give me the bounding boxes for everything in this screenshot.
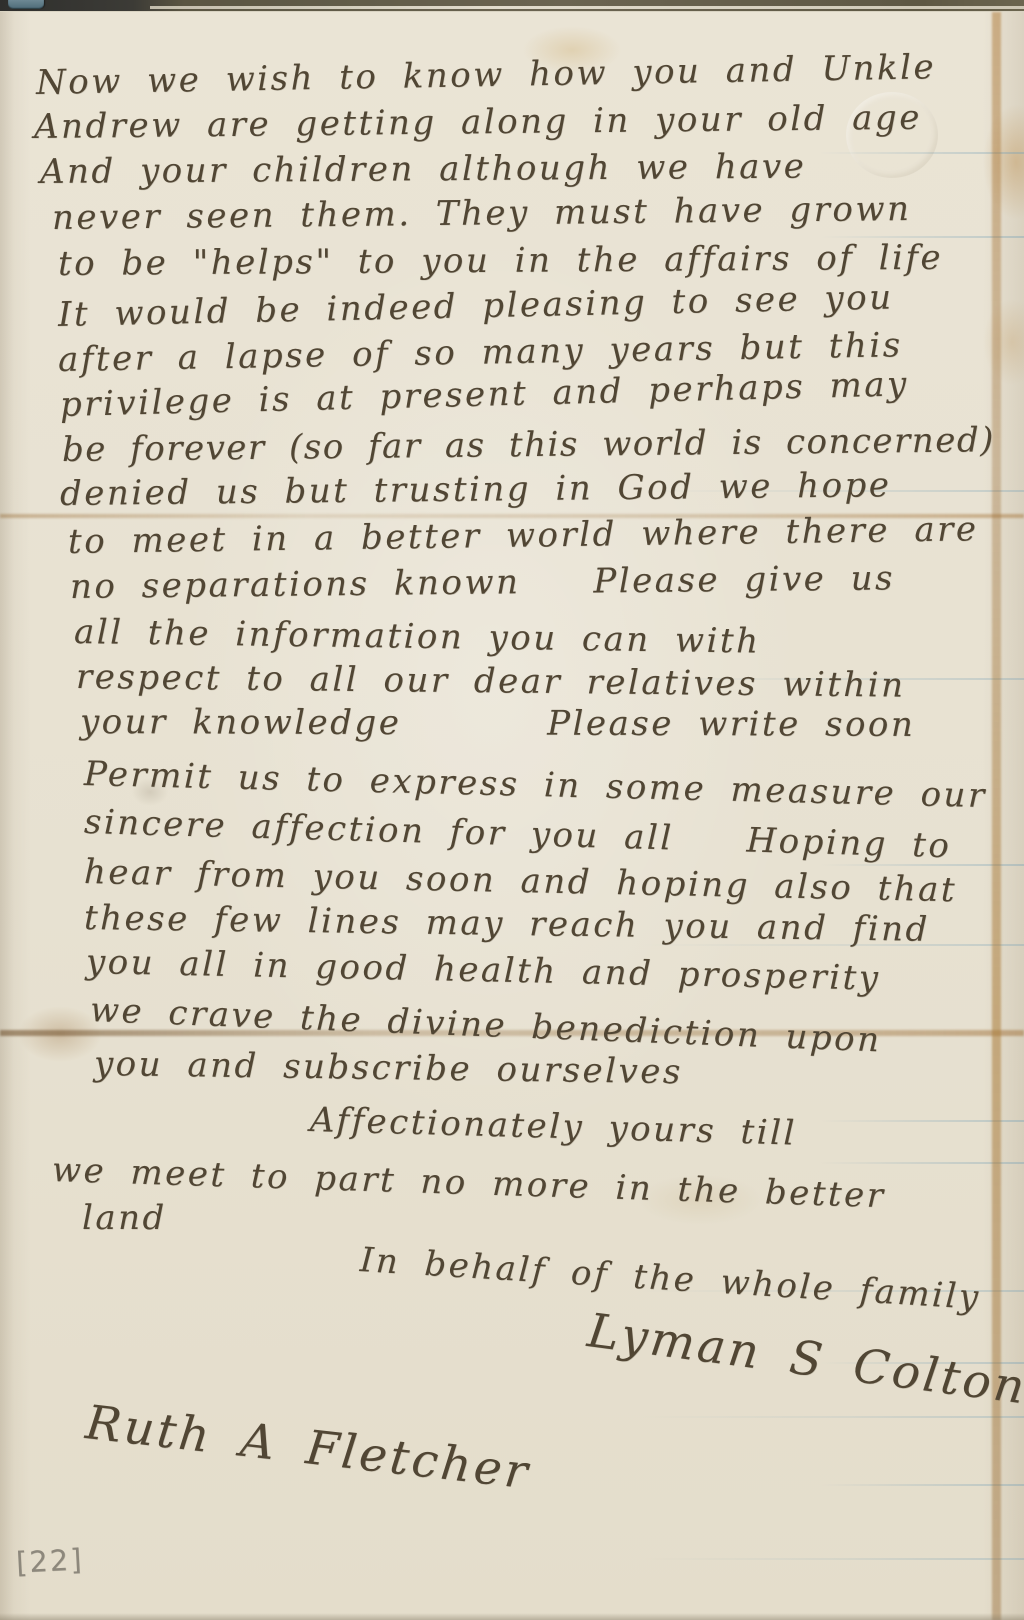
letter-line: you and subscribe ourselves: [94, 1045, 683, 1091]
letter-line: all the information you can with: [74, 613, 761, 661]
letter-line: Affectionately yours till: [309, 1101, 797, 1153]
letter-line: respect to all our dear relatives within: [76, 658, 906, 705]
scan-bottom-edge: [0, 1613, 1024, 1620]
letter-line: denied us but trusting in God we hope: [60, 466, 892, 513]
ruled-line: [640, 1416, 1024, 1418]
letter-line: no separations known Please give us: [70, 559, 895, 606]
letter-line: In behalf of the whole family: [359, 1241, 982, 1317]
scan-top-edge: [0, 0, 1024, 11]
letter-line: your knowledge Please write soon: [80, 703, 915, 744]
page-number-annotation: [22]: [15, 1542, 84, 1579]
letter-line: Now we wish to know how you and Unkle: [36, 48, 937, 102]
letter-scan: Now we wish to know how you and Unkle An…: [0, 0, 1024, 1620]
letter-line: Andrew are getting along in your old age: [34, 99, 922, 146]
letter-line: land: [82, 1199, 167, 1237]
letter-line: you all in good health and prosperity: [86, 943, 881, 998]
letter-line: never seen them. They must have grown: [52, 190, 912, 237]
letter-line: It would be indeed pleasing to see you: [58, 279, 894, 334]
binder-clip: [8, 0, 44, 9]
page-left-shade: [0, 12, 14, 1620]
letter-line: And your children although we have: [40, 148, 807, 191]
letter-line: we meet to part no more in the better: [51, 1151, 886, 1215]
signature-lyman-s-colton: Lyman S Colton: [586, 1312, 1024, 1407]
letter-line: be forever (so far as this world is conc…: [62, 421, 995, 469]
paper-top-edge-highlight: [150, 6, 1024, 9]
letter-page: Now we wish to know how you and Unkle An…: [0, 11, 1024, 1620]
signature-ruth-a-fletcher: Ruth A Fletcher: [84, 1404, 532, 1492]
ruled-line: [640, 1558, 1024, 1560]
letter-line: to be "helps" to you in the affairs of l…: [58, 239, 943, 283]
